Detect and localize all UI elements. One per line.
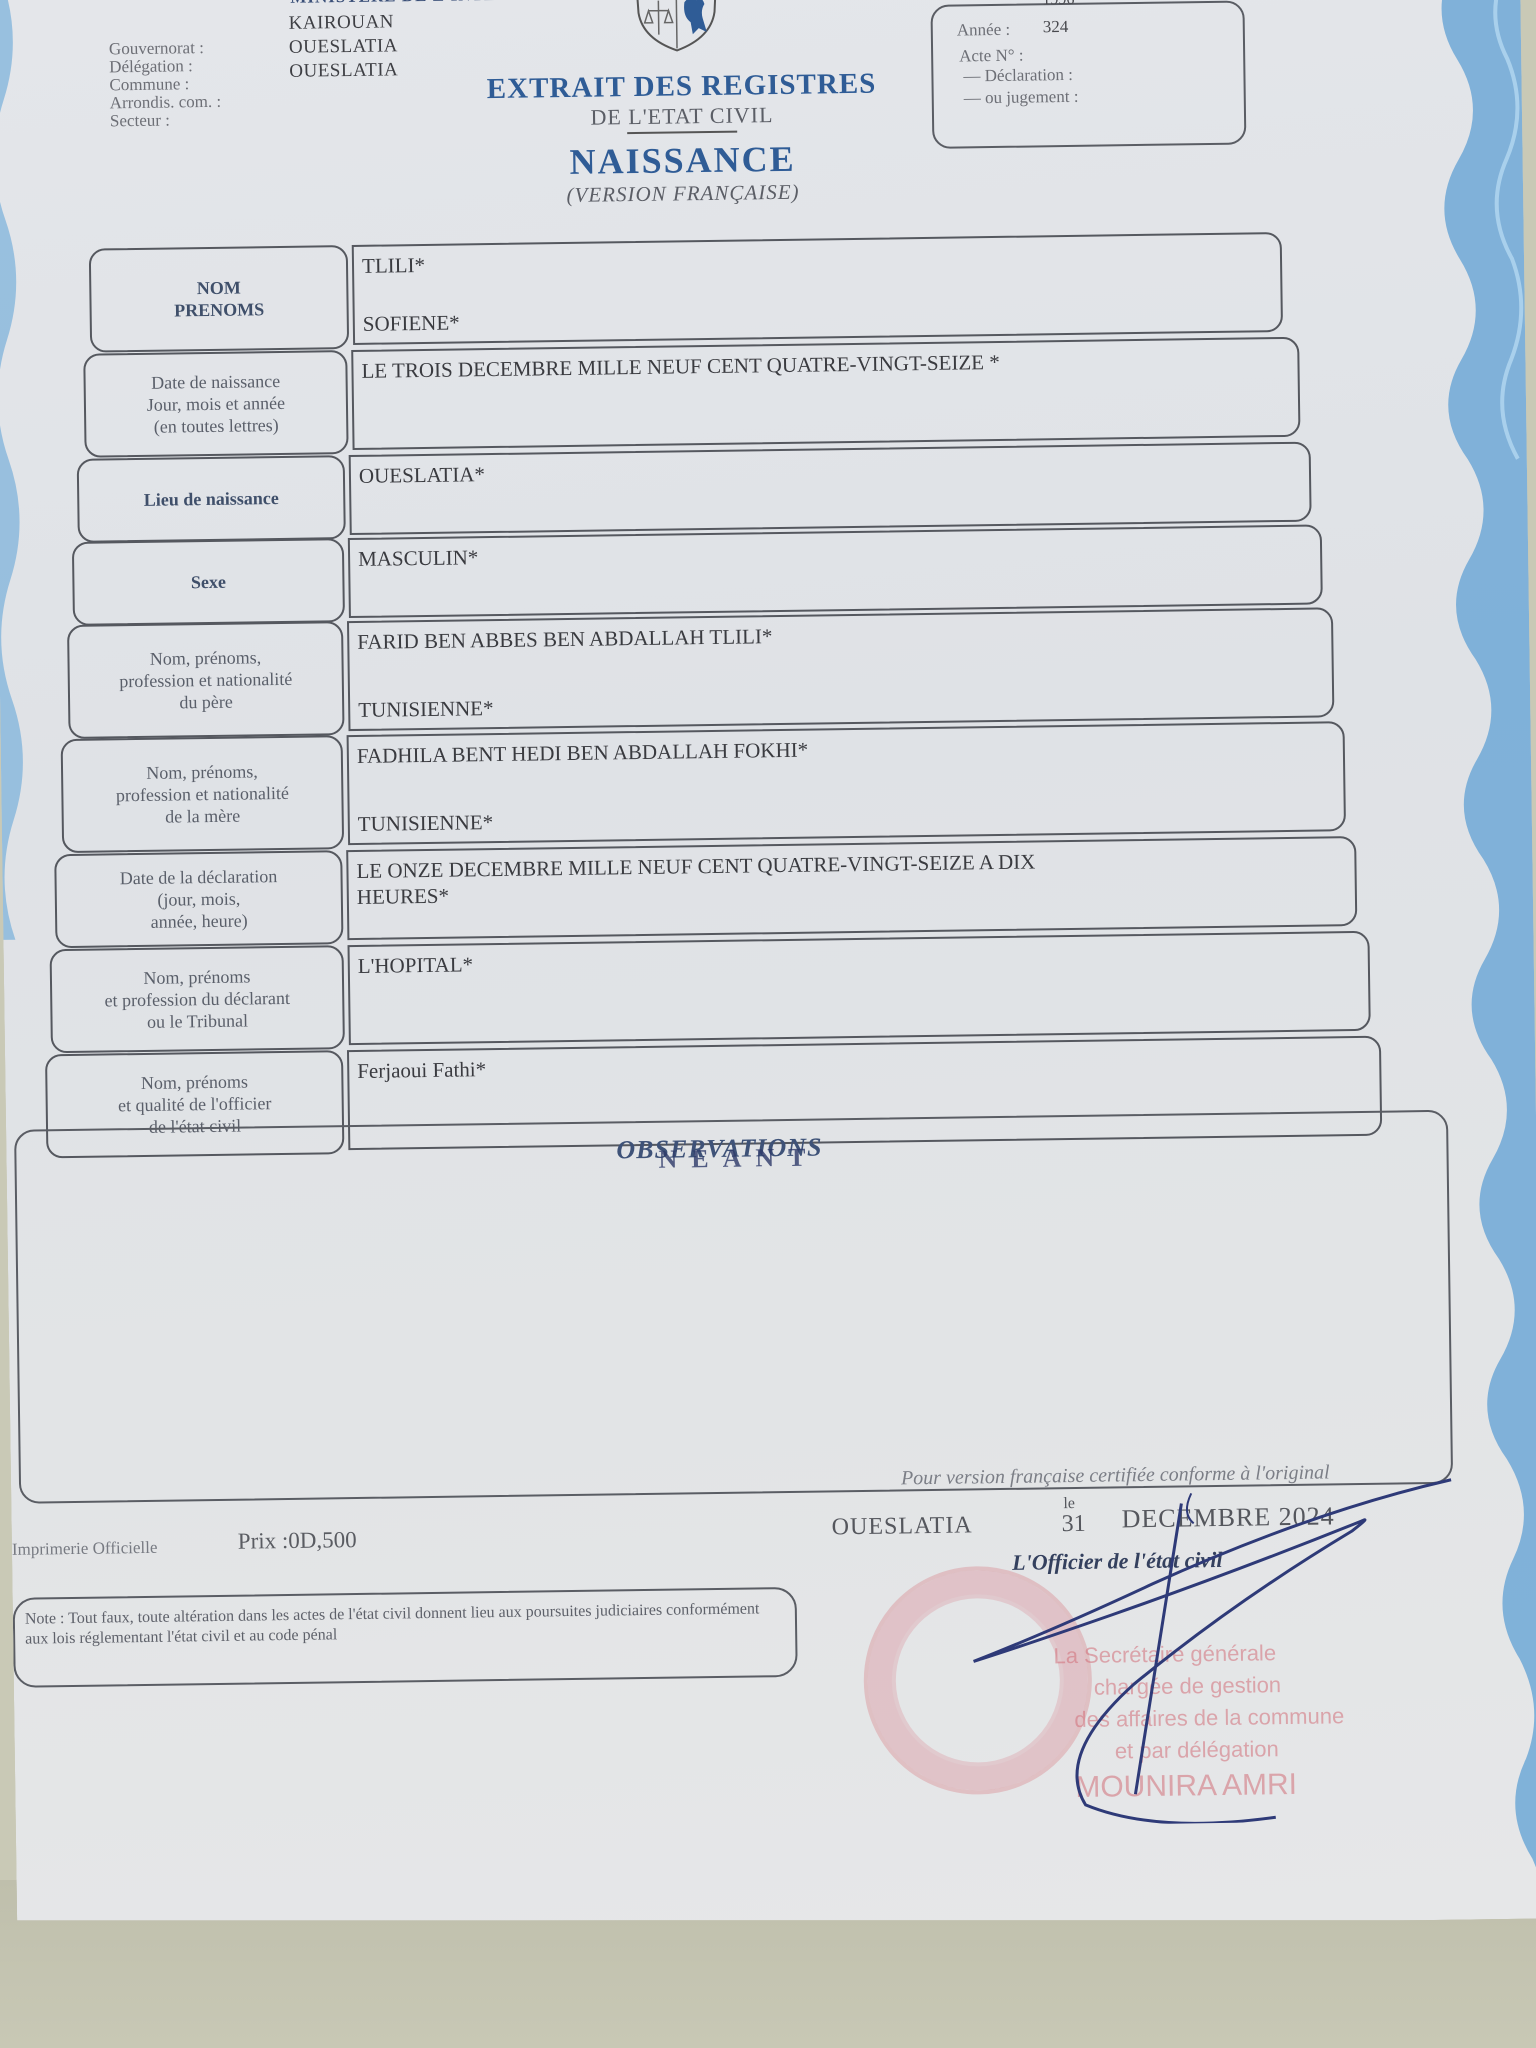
field-label-line: ou le Tribunal	[52, 1008, 342, 1034]
field-label-line: Sexe	[74, 569, 342, 595]
serial-prefix: F /	[940, 0, 1000, 2]
field-value-2: OUESLATIA*	[349, 442, 1312, 535]
field-value-line: MASCULIN*	[358, 533, 1312, 572]
field-label-line: de la mère	[64, 803, 342, 829]
secteur-label: Secteur :	[110, 111, 222, 131]
title-naissance: NAISSANCE	[472, 136, 893, 184]
observations-box: OBSERVATIONS NEANT	[14, 1110, 1453, 1504]
gouvernorat-label: Gouvernorat :	[109, 39, 221, 59]
year-value: 1996	[1042, 0, 1074, 9]
field-label-4: Nom, prénoms,profession et nationalitédu…	[67, 621, 345, 739]
field-value-7: L'HOPITAL*	[348, 931, 1371, 1045]
field-label-line: (en toutes lettres)	[86, 413, 346, 439]
field-value-line: LE TROIS DECEMBRE MILLE NEUF CENT QUATRE…	[361, 345, 1289, 384]
ministry-name: MINISTERE DE L'INTERIEUR	[290, 0, 556, 8]
field-value-4: FARID BEN ABBES BEN ABDALLAH TLILI*TUNIS…	[347, 607, 1334, 731]
document-title-block: EXTRAIT DES REGISTRES DE L'ETAT CIVIL NA…	[471, 67, 893, 209]
neant-overstamp: NEANT	[658, 1143, 819, 1175]
field-value-1: LE TROIS DECEMBRE MILLE NEUF CENT QUATRE…	[351, 337, 1300, 450]
field-value-line: Ferjaoui Fathi*	[357, 1044, 1371, 1084]
field-label-line: du père	[70, 689, 342, 715]
acte-label: Acte N° :	[959, 46, 1024, 67]
acte-number-value: 324	[1043, 17, 1069, 37]
field-label-line: Lieu de naissance	[79, 486, 343, 512]
delegation-value: OUESLATIA	[289, 34, 398, 60]
gouvernorat-value: KAIROUAN	[288, 10, 397, 36]
price-label: Prix :0D,500	[238, 1527, 357, 1555]
field-value-6: LE ONZE DECEMBRE MILLE NEUF CENT QUATRE-…	[346, 836, 1357, 940]
field-label-3: Sexe	[72, 538, 345, 626]
header-labels: Gouvernorat : Délégation : Commune : Arr…	[109, 39, 222, 131]
field-value-line: L'HOPITAL*	[358, 939, 1360, 979]
title-extrait: EXTRAIT DES REGISTRES	[471, 67, 891, 106]
field-label-line: PRENOMS	[91, 297, 346, 323]
title-version: (VERSION FRANÇAISE)	[473, 178, 893, 209]
acte-info-box: 1996 Année : 324 Acte N° : — Déclaration…	[930, 0, 1246, 148]
header-values: KAIROUAN OUESLATIA OUESLATIA	[288, 10, 398, 84]
field-label-0: NOMPRENOMS	[89, 245, 349, 353]
field-label-1: Date de naissanceJour, mois et année(en …	[83, 350, 348, 458]
legal-note-box: Note : Tout faux, toute altération dans …	[13, 1587, 798, 1688]
field-label-line: année, heure)	[57, 908, 341, 934]
field-label-7: Nom, prénomset profession du déclarantou…	[50, 945, 345, 1053]
declaration-label: — Déclaration :	[963, 65, 1073, 87]
printer-name: Imprimerie Officielle	[12, 1538, 158, 1560]
legal-note-text: Note : Tout faux, toute altération dans …	[25, 1599, 775, 1649]
field-label-2: Lieu de naissance	[77, 455, 346, 543]
title-underline	[627, 131, 737, 135]
field-value-line: SOFIENE*	[363, 298, 1273, 337]
field-value-3: MASCULIN*	[348, 524, 1323, 618]
arrondissement-label: Arrondis. com. :	[110, 93, 222, 113]
field-value-line: TLILI*	[362, 240, 1272, 279]
delegation-label: Délégation :	[109, 57, 221, 77]
birth-certificate-document: MINISTERE DE L'INTERIEUR Gouvernorat : D…	[0, 0, 1536, 1940]
field-value-0: TLILI*SOFIENE*	[352, 232, 1283, 345]
field-value-line: FARID BEN ABBES BEN ABDALLAH TLILI*	[357, 615, 1323, 654]
annee-label: Année :	[957, 20, 1011, 41]
commune-value: OUESLATIA	[289, 58, 398, 84]
tunisia-coat-of-arms-icon	[630, 0, 723, 53]
field-value-line: OUESLATIA*	[359, 450, 1301, 489]
signature-icon	[931, 1459, 1496, 1827]
field-label-6: Date de la déclaration(jour, mois,année,…	[54, 850, 343, 948]
field-value-line: FADHILA BENT HEDI BEN ABDALLAH FOKHI*	[357, 729, 1335, 769]
field-label-5: Nom, prénoms,profession et nationalitéde…	[61, 735, 345, 853]
field-value-line: TUNISIENNE*	[358, 797, 1336, 837]
field-value-5: FADHILA BENT HEDI BEN ABDALLAH FOKHI*TUN…	[347, 721, 1346, 845]
jugement-label: — ou jugement :	[964, 87, 1079, 109]
field-value-line: TUNISIENNE*	[358, 683, 1324, 722]
